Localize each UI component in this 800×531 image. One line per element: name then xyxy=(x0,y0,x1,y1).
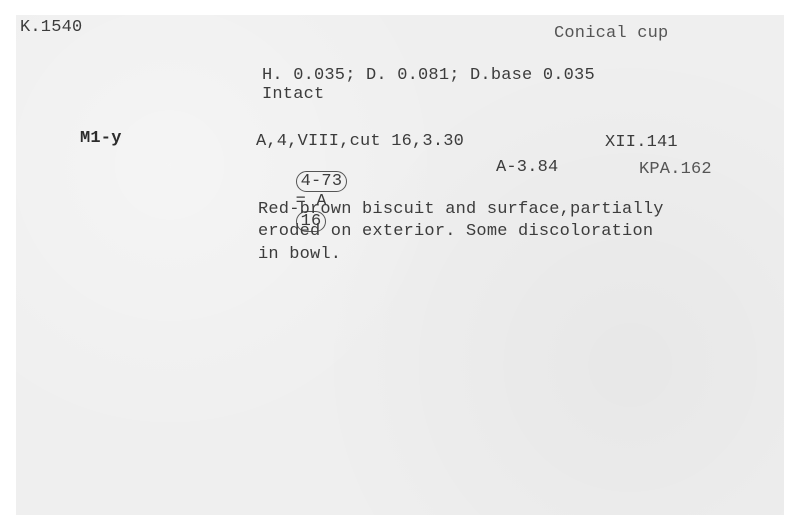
catalog-number: K.1540 xyxy=(20,18,82,38)
findspot: A,4,VIII,cut 16,3.30 xyxy=(256,132,464,152)
circled-reference-1: 4-73 xyxy=(296,171,348,192)
plate-reference: XII.141 xyxy=(605,133,678,153)
condition: Intact xyxy=(262,85,324,105)
description-line-2: eroded on exterior. Some discoloration xyxy=(258,222,653,242)
context-code: M1-y xyxy=(80,129,122,149)
object-type: Conical cup xyxy=(554,24,668,44)
catalog-card: K.1540 Conical cup H. 0.035; D. 0.081; D… xyxy=(16,15,784,515)
dimensions: H. 0.035; D. 0.081; D.base 0.035 xyxy=(262,66,595,86)
description-line-1: Red-brown biscuit and surface,partially xyxy=(258,200,664,220)
elevation-reference: A-3.84 xyxy=(496,158,558,178)
description-line-3: in bowl. xyxy=(258,245,341,265)
kpa-reference: KPA.162 xyxy=(639,160,712,180)
